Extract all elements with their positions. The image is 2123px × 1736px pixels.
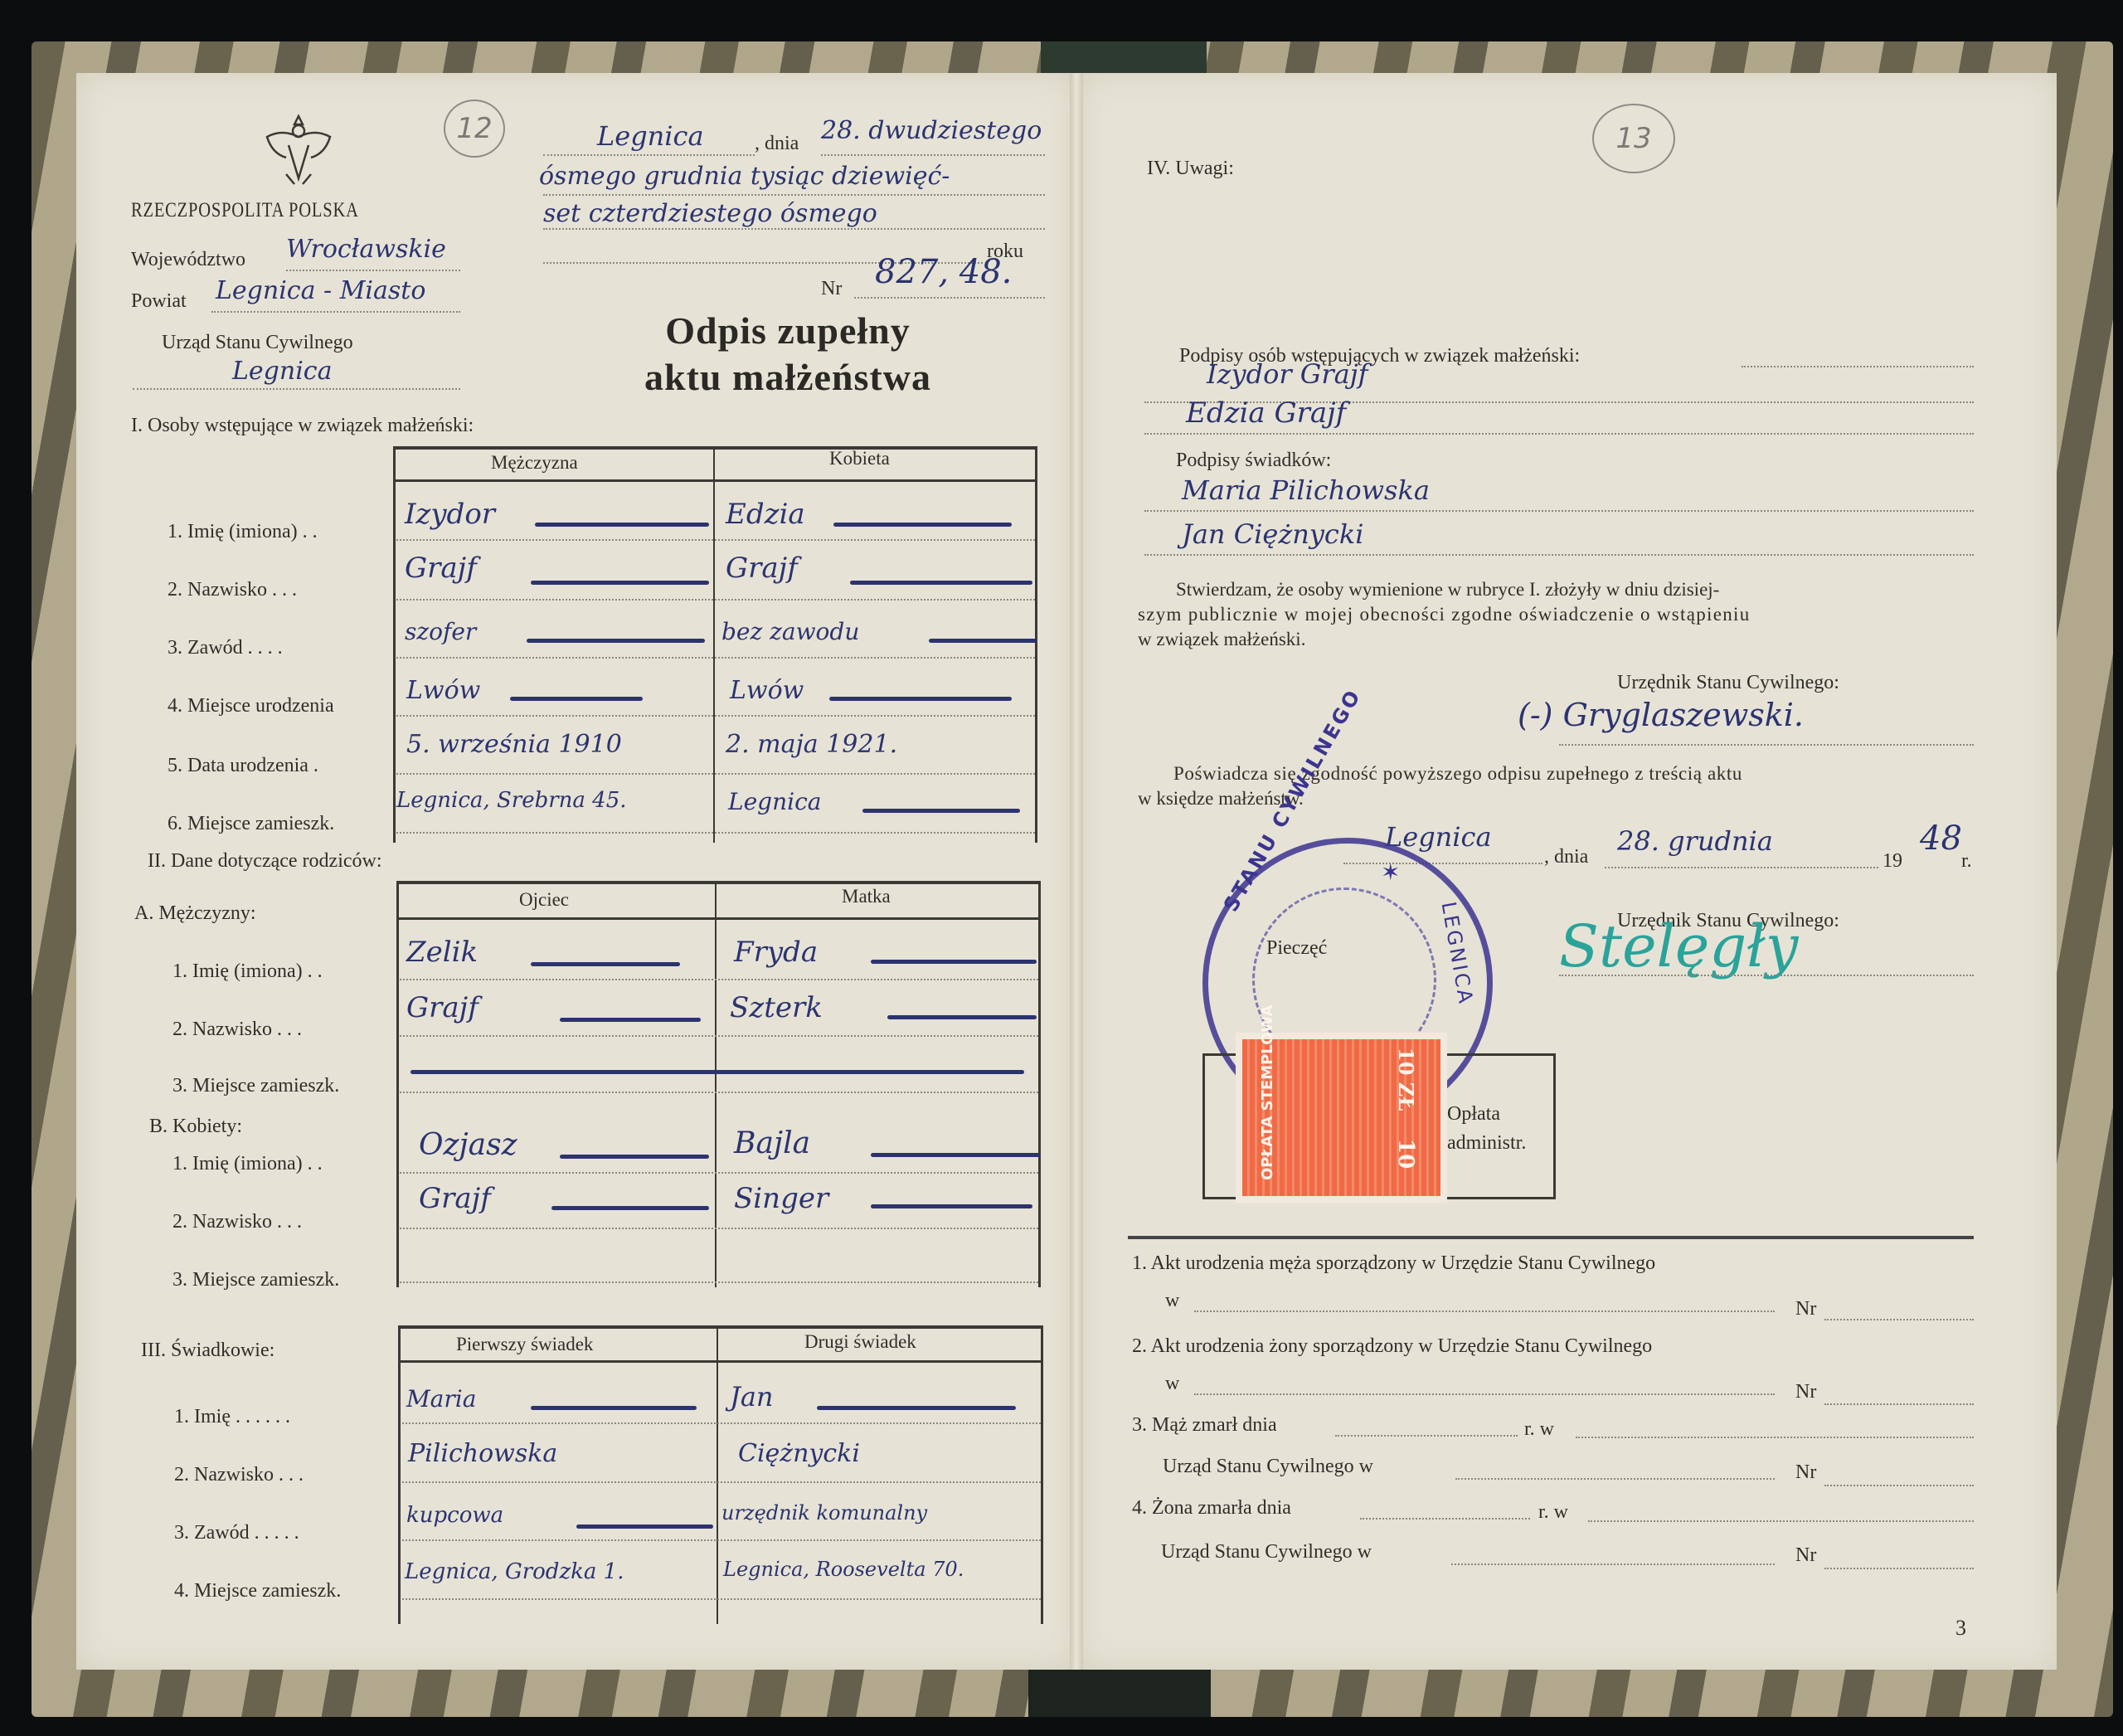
note-2-text: 2. Akt urodzenia żony sporządzony w Urzę…: [1132, 1335, 1652, 1358]
polish-eagle-emblem-icon: [257, 108, 340, 191]
s2b-row3-label: 3. Miejsce zamieszk.: [172, 1269, 339, 1291]
section-2-left-border: [396, 881, 399, 1287]
date-line-3-rule: [543, 228, 1045, 230]
s2b-row2-mother: Singer: [734, 1182, 828, 1215]
cert-year-value: 48: [1920, 819, 1962, 858]
note-1-nr-line: [1824, 1319, 1974, 1320]
section-3-right-border: [1041, 1325, 1043, 1624]
s1-row1-woman-dash: [833, 523, 1012, 527]
s1-row2-woman: Grajf: [726, 552, 798, 585]
s3-row3-second: urzędnik komunalny: [721, 1501, 927, 1524]
s1-row4-woman-dash: [829, 697, 1012, 701]
group-b-label: B. Kobiety:: [149, 1116, 242, 1138]
note-3-office-line: [1455, 1478, 1775, 1480]
col-header-father: Ojciec: [519, 889, 569, 911]
s1-row5-man: 5. września 1910: [406, 730, 622, 759]
group-a-label: A. Mężczyzny:: [134, 902, 256, 925]
date-line-2: ósmego grudnia tysiąc dziewięć-: [539, 162, 950, 191]
voivodeship-value: Wrocławskie: [286, 235, 446, 264]
s1-row5-woman: 2. maja 1921.: [726, 730, 897, 759]
note-1-nr: Nr: [1795, 1298, 1816, 1320]
registrar-signature-2: Stelęgły: [1559, 912, 1798, 980]
registrar-sig-line-2: [1559, 975, 1974, 976]
office-value: Legnica: [232, 357, 332, 386]
s1-row1-man: Izydor: [405, 498, 495, 531]
s1-row4-label: 4. Miejsce urodzenia: [168, 695, 334, 717]
s2-rule-2: [400, 1035, 1038, 1037]
cert-year-suffix: r.: [1961, 850, 1972, 873]
section-1-left-border: [393, 446, 396, 843]
note-1-text: 1. Akt urodzenia męża sporządzony w Urzę…: [1132, 1252, 1655, 1275]
s1-row3-man: szofer: [405, 618, 476, 645]
s1-row4-man-dash: [510, 697, 643, 701]
note-4-place-line: [1588, 1520, 1974, 1522]
fee-box-text-2: administr.: [1447, 1132, 1526, 1155]
s2-rule-4: [400, 1172, 1038, 1174]
note-3-nr: Nr: [1795, 1461, 1816, 1484]
section-3-heading: III. Świadkowie:: [141, 1340, 274, 1362]
note-1-w-line: [1194, 1311, 1775, 1312]
s2b-row2-label: 2. Nazwisko . . .: [172, 1211, 302, 1233]
s2a-row3-label: 3. Miejsce zamieszk.: [172, 1075, 339, 1097]
s1-row2-label: 2. Nazwisko . . .: [168, 579, 297, 601]
book-spine-bottom: [1028, 1667, 1211, 1717]
note-3-nr-line: [1824, 1485, 1974, 1486]
nr-value: 827, 48.: [875, 253, 1012, 291]
s1-row1-man-dash: [535, 523, 709, 527]
spouse-sig-line-0: [1742, 366, 1974, 367]
date-line-3: set czterdziestego ósmego: [543, 199, 877, 228]
witness-signature-2: Jan Ciężnycki: [1182, 518, 1363, 550]
s2-rule-1: [400, 979, 1038, 980]
s2a-row1-father: Zelik: [406, 936, 478, 969]
fee-box-text-1: Opłata: [1447, 1103, 1500, 1126]
s1-row6-man: Legnica, Srebrna 45.: [396, 788, 627, 813]
page-gutter: [1070, 73, 1083, 1670]
revenue-stamp: OPŁATA STEMPLOWA 10 ZŁ 10: [1236, 1033, 1447, 1203]
s1-row3-man-dash: [527, 639, 705, 643]
office-line: [133, 388, 460, 390]
country-heading: RZECZPOSPOLITA POLSKA: [131, 199, 359, 222]
note-4-office: Urząd Stanu Cywilnego w: [1161, 1541, 1372, 1563]
spouse-signature-2: Edzia Grajf: [1186, 396, 1346, 430]
s1-row5-label: 5. Data urodzenia .: [168, 755, 318, 777]
spouse-signature-1: Izydor Grajf: [1207, 358, 1368, 390]
s2-rule-3: [400, 1092, 1038, 1093]
cert-year-prefix: 19: [1883, 850, 1902, 873]
registrar-sig-line-1: [1559, 744, 1974, 746]
s2b-row2-father-dash: [551, 1206, 709, 1210]
place-line: [543, 154, 755, 156]
page-number: 3: [1955, 1616, 1966, 1641]
s1-row1-woman: Edzia: [726, 498, 805, 531]
s2b-row2-father: Grajf: [419, 1182, 491, 1215]
s3-row4-second: Legnica, Roosevelta 70.: [723, 1558, 964, 1581]
col-header-first-witness: Pierwszy świadek: [456, 1334, 593, 1355]
revenue-stamp-denomination-bottom: 10: [1393, 1139, 1418, 1169]
s3-row1-second-dash: [817, 1406, 1016, 1410]
s3-row3-first: kupcowa: [406, 1503, 503, 1528]
county-line: [211, 311, 460, 313]
s1-row3-label: 3. Zawód . . . .: [168, 637, 283, 659]
s3-rule-4: [402, 1598, 1041, 1600]
note-4-mid: r. w: [1538, 1501, 1568, 1524]
s1-rule-4: [396, 715, 1035, 717]
note-2-nr-line: [1824, 1403, 1974, 1405]
witness-sig-line-1: [1144, 510, 1974, 512]
s1-rule-2: [396, 599, 1035, 601]
section-3-mid-border: [717, 1325, 718, 1624]
notes-top-rule: [1128, 1236, 1974, 1239]
witness-signatures-label: Podpisy świadków:: [1176, 450, 1331, 472]
s3-row2-second: Ciężnycki: [738, 1439, 860, 1468]
office-label: Urząd Stanu Cywilnego: [162, 332, 353, 354]
county-label: Powiat: [131, 290, 187, 313]
s2b-row2-mother-dash: [871, 1204, 1032, 1208]
date-line-1-rule: [821, 154, 1045, 156]
note-2-w: w: [1165, 1373, 1179, 1395]
s2-rule-5: [400, 1228, 1038, 1229]
s3-row2-first: Pilichowska: [408, 1439, 557, 1468]
section-2-table-top: [396, 881, 1039, 884]
note-4-office-line: [1451, 1563, 1775, 1565]
s3-row3-first-dash: [576, 1524, 713, 1529]
page-number-circled-right: 13: [1592, 104, 1675, 173]
section-1-heading: I. Osoby wstępujące w związek małżeński:: [131, 415, 474, 437]
dnia-label: , dnia: [755, 133, 799, 155]
cert-date-value: 28. grudnia: [1617, 825, 1773, 857]
section-3-table-top: [398, 1325, 1042, 1329]
note-3-date-line: [1335, 1435, 1518, 1437]
col-header-woman: Kobieta: [829, 448, 890, 469]
registrar-label-1: Urzędnik Stanu Cywilnego:: [1617, 672, 1839, 694]
note-3-mid: r. w: [1524, 1418, 1554, 1441]
voivodeship-label: Województwo: [131, 249, 245, 271]
county-value: Legnica - Miasto: [216, 276, 425, 305]
s2b-row1-father-dash: [560, 1155, 709, 1159]
s2b-row1-mother: Bajla: [734, 1126, 810, 1160]
book-spine-top: [1041, 41, 1207, 75]
s1-row4-woman: Lwów: [730, 676, 804, 705]
s2b-row1-father: Ozjasz: [419, 1128, 517, 1162]
seal-star-icon: ✶: [1381, 858, 1400, 887]
s3-rule-1: [402, 1422, 1041, 1424]
certification-line-1: Poświadcza się zgodność powyższego odpis…: [1173, 763, 1742, 785]
s2a-row1-father-dash: [531, 962, 680, 966]
cert-date-line: [1605, 867, 1878, 868]
s2a-row2-mother-dash: [887, 1015, 1037, 1019]
note-4-date-line: [1360, 1518, 1530, 1520]
note-3-text: 3. Mąż zmarł dnia: [1132, 1414, 1277, 1437]
s2b-row1-mother-dash: [871, 1153, 1041, 1157]
s1-row6-label: 6. Miejsce zamieszk.: [168, 813, 334, 835]
witness-signature-1: Maria Pilichowska: [1182, 474, 1430, 506]
s1-row3-woman: bez zawodu: [721, 618, 859, 645]
section-1-header-rule: [393, 479, 1037, 482]
s3-row1-first: Maria: [406, 1385, 476, 1413]
col-header-man: Mężczyzna: [491, 452, 578, 474]
s1-rule-5: [396, 773, 1035, 775]
revenue-stamp-denomination-top: 10 ZŁ: [1394, 1048, 1418, 1111]
s1-rule-6: [396, 832, 1035, 834]
s3-row2-label: 2. Nazwisko . . .: [174, 1464, 304, 1486]
declaration-line-1: Stwierdzam, że osoby wymienione w rubryc…: [1176, 579, 1719, 601]
s3-rule-2: [402, 1481, 1041, 1483]
spouse-sig-line-2: [1144, 433, 1974, 435]
cert-dnia-label: , dnia: [1544, 846, 1588, 868]
s3-rule-3: [402, 1539, 1041, 1541]
remarks-label: IV. Uwagi:: [1147, 158, 1234, 180]
section-2-right-border: [1038, 881, 1041, 1287]
note-4-nr: Nr: [1795, 1544, 1816, 1567]
s3-row1-first-dash: [531, 1406, 697, 1410]
s3-row3-label: 3. Zawód . . . . .: [174, 1522, 299, 1544]
note-3-office: Urząd Stanu Cywilnego w: [1163, 1456, 1373, 1478]
s2a-row2-father: Grajf: [406, 991, 479, 1024]
date-line-1: 28. dwudziestego: [821, 116, 1042, 145]
place-value: Legnica: [597, 120, 704, 152]
s3-row4-label: 4. Miejsce zamieszk.: [174, 1580, 341, 1602]
note-3-place-line: [1576, 1437, 1974, 1438]
nr-label: Nr: [821, 278, 842, 300]
s2a-row1-label: 1. Imię (imiona) . .: [172, 960, 323, 983]
document-title-line-2: aktu małżeństwa: [564, 355, 1012, 399]
note-2-w-line: [1194, 1393, 1775, 1395]
col-header-second-witness: Drugi świadek: [804, 1331, 916, 1353]
page-number-circled-left: 12: [444, 100, 505, 158]
s1-row2-woman-dash: [850, 581, 1032, 585]
s2a-row2-mother: Szterk: [730, 991, 823, 1024]
s2-rule-6: [400, 1281, 1038, 1283]
note-2-nr: Nr: [1795, 1381, 1816, 1403]
section-1-table-top: [393, 446, 1037, 450]
s1-row2-man-dash: [531, 581, 709, 585]
witness-sig-line-2: [1144, 554, 1974, 556]
nr-line: [854, 297, 1045, 299]
s2a-row3-dash: [411, 1070, 1024, 1074]
revenue-stamp-text: OPŁATA STEMPLOWA: [1259, 1005, 1276, 1180]
s1-row2-man: Grajf: [405, 552, 477, 585]
s1-rule-1: [396, 539, 1035, 541]
s2b-row1-label: 1. Imię (imiona) . .: [172, 1153, 323, 1175]
s1-rule-3: [396, 657, 1035, 659]
seal-center-label: Pieczęć: [1266, 937, 1327, 960]
s1-row4-man: Lwów: [406, 676, 480, 705]
s3-row1-label: 1. Imię . . . . . .: [174, 1406, 290, 1428]
note-4-nr-line: [1824, 1568, 1974, 1569]
section-2-heading: II. Dane dotyczące rodziców:: [148, 850, 382, 873]
voivodeship-line: [286, 270, 460, 271]
s2a-row2-father-dash: [560, 1018, 701, 1022]
s1-row1-label: 1. Imię (imiona) . .: [168, 521, 318, 543]
section-2-mid-border: [715, 881, 717, 1287]
registrar-signature-1: (-) Gryglaszewski.: [1518, 697, 1804, 733]
s1-row6-woman: Legnica: [728, 788, 821, 815]
note-4-text: 4. Żona zmarła dnia: [1132, 1497, 1291, 1520]
section-1-mid-border: [713, 446, 715, 843]
s3-row1-second: Jan: [730, 1381, 774, 1413]
declaration-line-2: szym publicznie w mojej obecności zgodne…: [1138, 604, 1751, 625]
declaration-line-3: w związek małżeński.: [1138, 629, 1305, 650]
document-title-line-1: Odpis zupełny: [581, 309, 995, 353]
section-2-header-rule: [396, 917, 1039, 920]
section-3-header-rule: [398, 1360, 1042, 1363]
s3-row4-first: Legnica, Grodzka 1.: [405, 1559, 624, 1584]
date-line-2-rule: [543, 194, 1045, 196]
section-1-right-border: [1035, 446, 1037, 843]
s1-row6-woman-dash: [862, 809, 1020, 813]
col-header-mother: Matka: [842, 886, 891, 907]
s2a-row2-label: 2. Nazwisko . . .: [172, 1019, 302, 1041]
s1-row3-woman-dash: [929, 639, 1037, 643]
note-1-w: w: [1165, 1290, 1179, 1312]
s2a-row1-mother: Fryda: [734, 936, 818, 969]
s2a-row1-mother-dash: [871, 960, 1037, 964]
section-3-left-border: [398, 1325, 401, 1624]
